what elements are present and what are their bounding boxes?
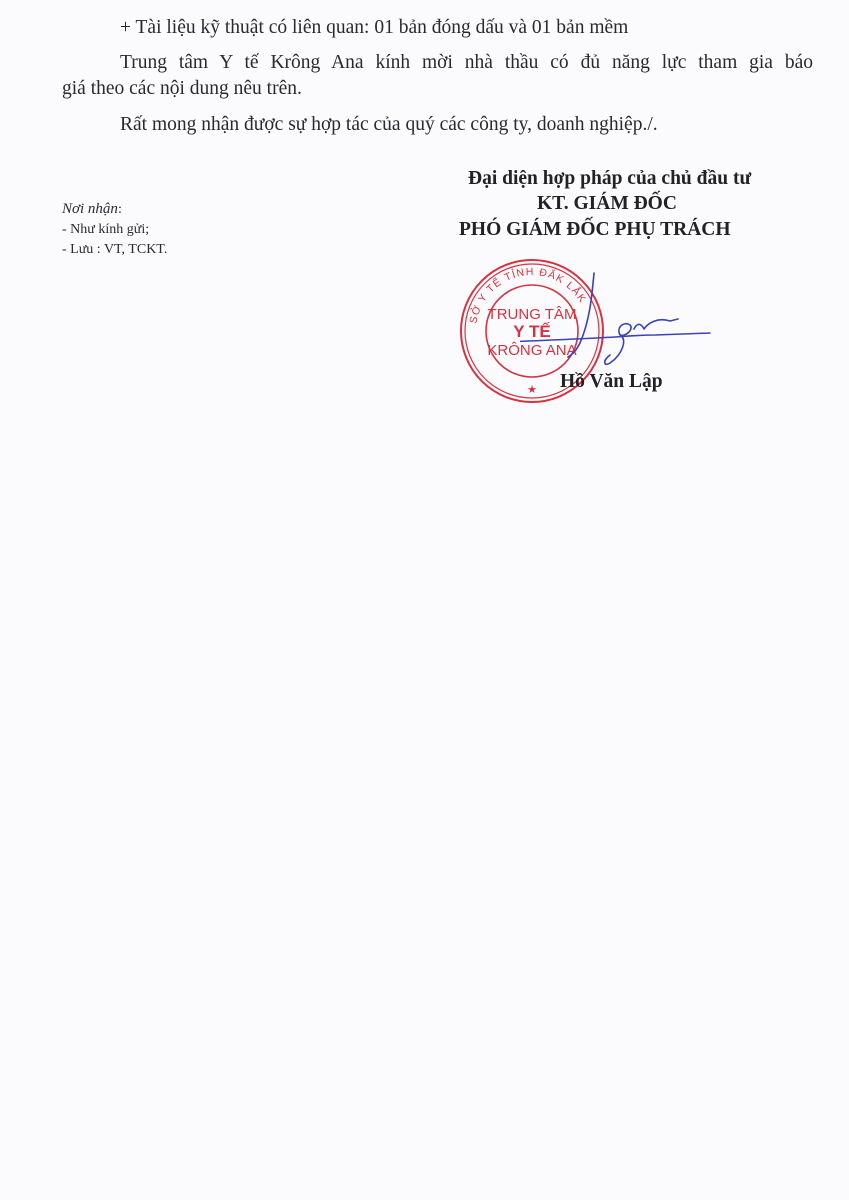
recipients-heading: Nơi nhận	[62, 201, 118, 217]
invitation-line-2: giá theo các nội dung nêu trên.	[62, 77, 302, 101]
deputy-director-title: PHÓ GIÁM ĐỐC PHỤ TRÁCH	[459, 217, 731, 242]
closing-line: Rất mong nhận được sự hợp tác của quý cá…	[120, 113, 658, 137]
signer-name: Hồ Văn Lập	[560, 371, 663, 393]
recipients-block: Nơi nhận: - Như kính gửi; - Lưu : VT, TC…	[62, 199, 167, 260]
director-title: KT. GIÁM ĐỐC	[537, 191, 677, 216]
legal-representative-title: Đại diện hợp pháp của chủ đầu tư	[468, 166, 751, 191]
recipients-heading-colon: :	[118, 202, 122, 217]
recipient-item: - Lưu : VT, TCKT.	[62, 240, 167, 260]
recipients-heading-row: Nơi nhận:	[62, 199, 167, 220]
recipient-item: - Như kính gửi;	[62, 220, 167, 240]
invitation-line-1: Trung tâm Y tế Krông Ana kính mời nhà th…	[120, 51, 813, 75]
technical-docs-line: + Tài liệu kỹ thuật có liên quan: 01 bản…	[120, 16, 628, 40]
